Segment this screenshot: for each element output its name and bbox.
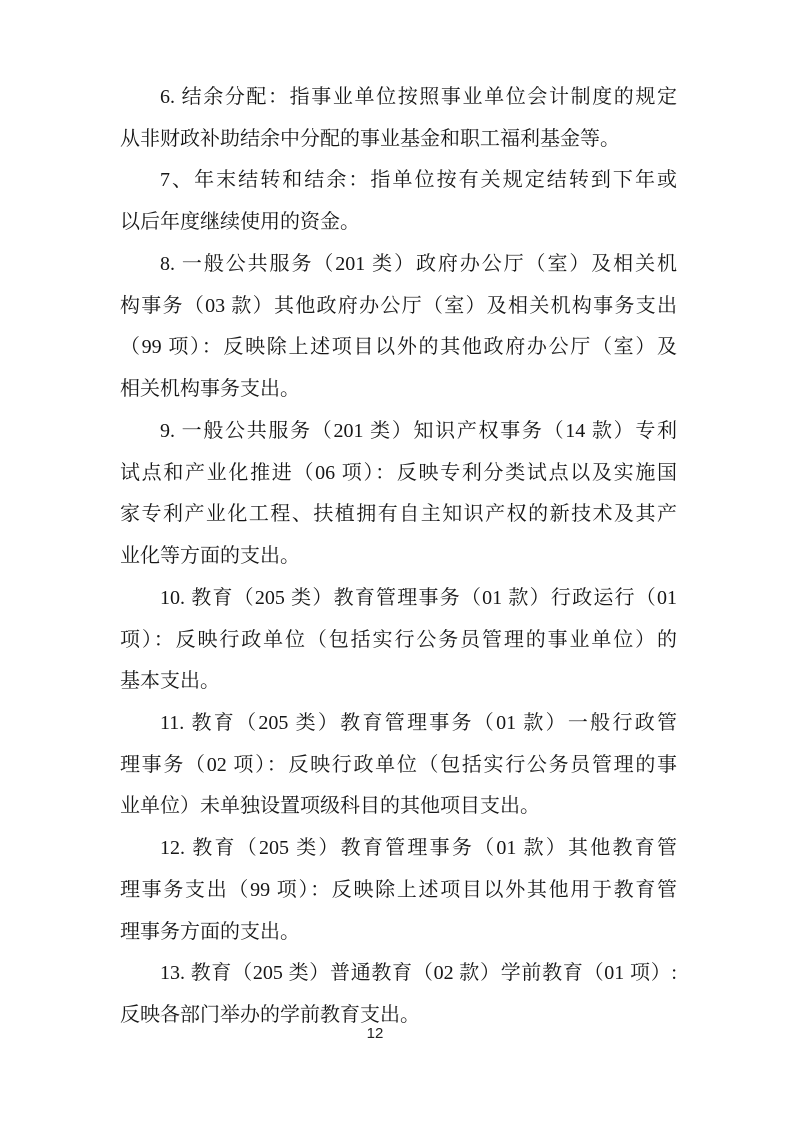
text-line: 以后年度继续使用的资金。: [120, 202, 677, 244]
paragraph-6-surplus-distribution: 6. 结余分配：指事业单位按照事业单位会计制度的规定 从非财政补助结余中分配的事…: [120, 77, 677, 160]
text-line: 11. 教育（205 类）教育管理事务（01 款）一般行政管: [120, 703, 677, 745]
text-line: 从非财政补助结余中分配的事业基金和职工福利基金等。: [120, 119, 677, 161]
text-line: 13. 教育（205 类）普通教育（02 款）学前教育（01 项）:: [120, 953, 677, 995]
paragraph-7-year-end-carryover: 7、年末结转和结余：指单位按有关规定结转到下年或 以后年度继续使用的资金。: [120, 160, 677, 243]
paragraph-10-education-205-01-01: 10. 教育（205 类）教育管理事务（01 款）行政运行（01 项）：反映行政…: [120, 578, 677, 703]
text-line: 理事务支出（99 项）：反映除上述项目以外其他用于教育管: [120, 870, 677, 912]
text-line: 9. 一般公共服务（201 类）知识产权事务（14 款）专利: [120, 411, 677, 453]
text-line: 基本支出。: [120, 661, 677, 703]
text-line: 8. 一般公共服务（201 类）政府办公厅（室）及相关机: [120, 244, 677, 286]
text-line: 相关机构事务支出。: [120, 369, 677, 411]
paragraph-9-general-public-services-201-14-06: 9. 一般公共服务（201 类）知识产权事务（14 款）专利 试点和产业化推进（…: [120, 411, 677, 578]
page-number: 12: [367, 1025, 384, 1042]
text-line: 12. 教育（205 类）教育管理事务（01 款）其他教育管: [120, 828, 677, 870]
text-line: 10. 教育（205 类）教育管理事务（01 款）行政运行（01: [120, 578, 677, 620]
text-line: 理事务（02 项）：反映行政单位（包括实行公务员管理的事: [120, 745, 677, 787]
text-line: 6. 结余分配：指事业单位按照事业单位会计制度的规定: [120, 77, 677, 119]
text-line: 理事务方面的支出。: [120, 912, 677, 954]
text-line: 家专利产业化工程、扶植拥有自主知识产权的新技术及其产: [120, 494, 677, 536]
document-page: 6. 结余分配：指事业单位按照事业单位会计制度的规定 从非财政补助结余中分配的事…: [0, 0, 793, 1122]
text-line: 7、年末结转和结余：指单位按有关规定结转到下年或: [120, 160, 677, 202]
text-line: 业单位）未单独设置项级科目的其他项目支出。: [120, 786, 677, 828]
text-line: 试点和产业化推进（06 项）：反映专利分类试点以及实施国: [120, 453, 677, 495]
text-line: 构事务（03 款）其他政府办公厅（室）及相关机构事务支出: [120, 286, 677, 328]
text-line: 项）：反映行政单位（包括实行公务员管理的事业单位）的: [120, 620, 677, 662]
document-body: 6. 结余分配：指事业单位按照事业单位会计制度的规定 从非财政补助结余中分配的事…: [120, 77, 677, 1037]
paragraph-12-education-205-01-99: 12. 教育（205 类）教育管理事务（01 款）其他教育管 理事务支出（99 …: [120, 828, 677, 953]
paragraph-8-general-public-services-201-03-99: 8. 一般公共服务（201 类）政府办公厅（室）及相关机 构事务（03 款）其他…: [120, 244, 677, 411]
text-line: （99 项）：反映除上述项目以外的其他政府办公厅（室）及: [120, 327, 677, 369]
paragraph-13-education-205-02-01: 13. 教育（205 类）普通教育（02 款）学前教育（01 项）: 反映各部门…: [120, 953, 677, 1036]
text-line: 业化等方面的支出。: [120, 536, 677, 578]
text-line: 反映各部门举办的学前教育支出。: [120, 995, 677, 1037]
paragraph-11-education-205-01-02: 11. 教育（205 类）教育管理事务（01 款）一般行政管 理事务（02 项）…: [120, 703, 677, 828]
